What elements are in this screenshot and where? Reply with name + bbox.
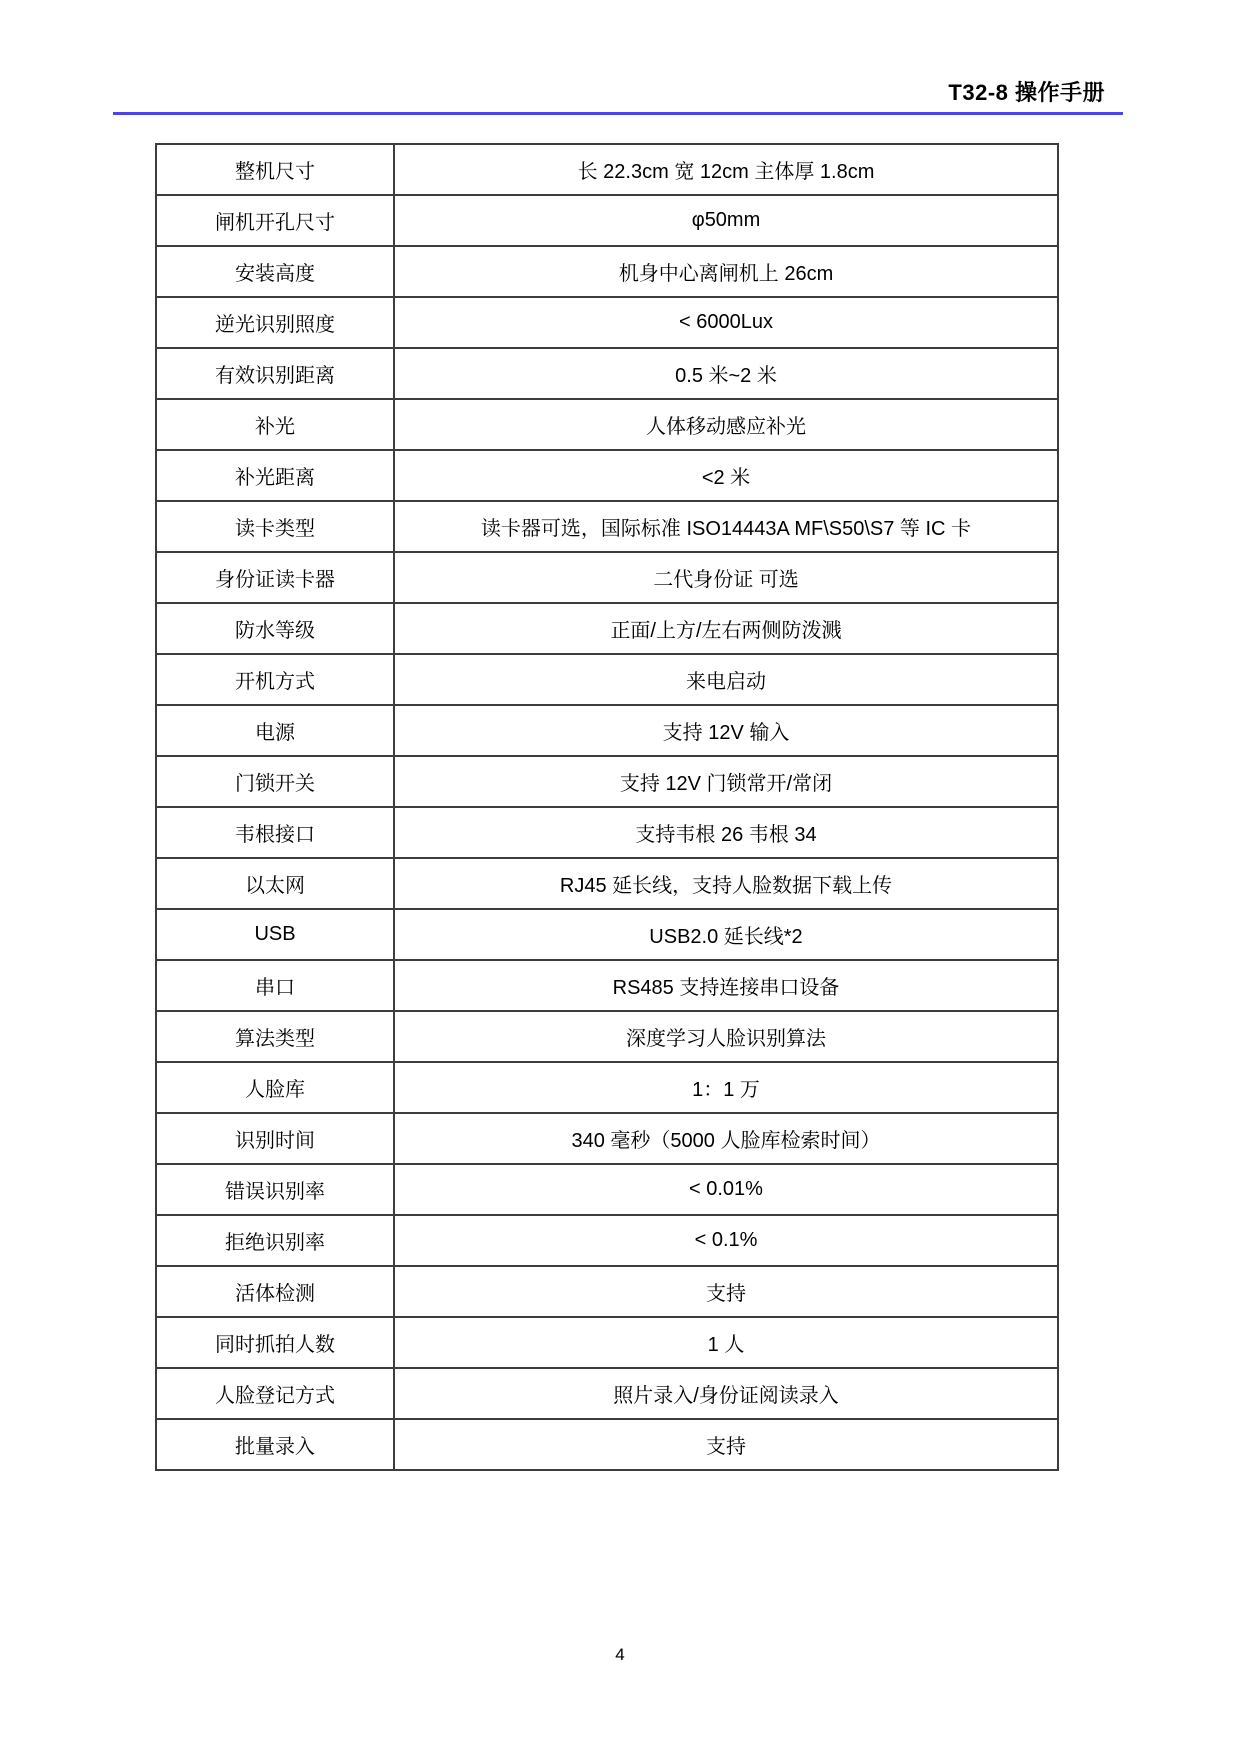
- table-row: 批量录入支持: [156, 1419, 1058, 1470]
- spec-label: 错误识别率: [156, 1164, 394, 1215]
- table-row: 同时抓拍人数1 人: [156, 1317, 1058, 1368]
- spec-label: 读卡类型: [156, 501, 394, 552]
- table-row: 整机尺寸长 22.3cm 宽 12cm 主体厚 1.8cm: [156, 144, 1058, 195]
- spec-label: 电源: [156, 705, 394, 756]
- table-row: 电源支持 12V 输入: [156, 705, 1058, 756]
- spec-label: 逆光识别照度: [156, 297, 394, 348]
- page-header-title: T32-8 操作手册: [948, 76, 1105, 107]
- table-row: 补光距离<2 米: [156, 450, 1058, 501]
- spec-value: 照片录入/身份证阅读录入: [394, 1368, 1058, 1419]
- table-row: 算法类型深度学习人脸识别算法: [156, 1011, 1058, 1062]
- spec-value: 二代身份证 可选: [394, 552, 1058, 603]
- table-row: 身份证读卡器二代身份证 可选: [156, 552, 1058, 603]
- spec-value: 长 22.3cm 宽 12cm 主体厚 1.8cm: [394, 144, 1058, 195]
- table-row: 开机方式来电启动: [156, 654, 1058, 705]
- spec-label: 算法类型: [156, 1011, 394, 1062]
- spec-label: 开机方式: [156, 654, 394, 705]
- table-row: 防水等级正面/上方/左右两侧防泼溅: [156, 603, 1058, 654]
- spec-value: 340 毫秒（5000 人脸库检索时间）: [394, 1113, 1058, 1164]
- spec-label: 防水等级: [156, 603, 394, 654]
- spec-value: < 0.1%: [394, 1215, 1058, 1266]
- spec-value: < 6000Lux: [394, 297, 1058, 348]
- spec-label: 识别时间: [156, 1113, 394, 1164]
- spec-value: 支持: [394, 1419, 1058, 1470]
- table-row: 错误识别率< 0.01%: [156, 1164, 1058, 1215]
- table-row: 活体检测支持: [156, 1266, 1058, 1317]
- table-row: 人脸登记方式照片录入/身份证阅读录入: [156, 1368, 1058, 1419]
- spec-label: 有效识别距离: [156, 348, 394, 399]
- spec-label: 安装高度: [156, 246, 394, 297]
- spec-value: 来电启动: [394, 654, 1058, 705]
- spec-value: RS485 支持连接串口设备: [394, 960, 1058, 1011]
- spec-value: USB2.0 延长线*2: [394, 909, 1058, 960]
- table-row: 闸机开孔尺寸φ50mm: [156, 195, 1058, 246]
- spec-label: 串口: [156, 960, 394, 1011]
- spec-label: 以太网: [156, 858, 394, 909]
- spec-value: 读卡器可选，国际标准 ISO14443A MF\S50\S7 等 IC 卡: [394, 501, 1058, 552]
- spec-value: < 0.01%: [394, 1164, 1058, 1215]
- spec-label: 人脸库: [156, 1062, 394, 1113]
- spec-label: 人脸登记方式: [156, 1368, 394, 1419]
- spec-label: 补光: [156, 399, 394, 450]
- spec-value: 人体移动感应补光: [394, 399, 1058, 450]
- table-row: 串口RS485 支持连接串口设备: [156, 960, 1058, 1011]
- spec-label: 韦根接口: [156, 807, 394, 858]
- table-row: 识别时间340 毫秒（5000 人脸库检索时间）: [156, 1113, 1058, 1164]
- table-row: 有效识别距离0.5 米~2 米: [156, 348, 1058, 399]
- header-rule: [113, 112, 1123, 115]
- spec-value: 1：1 万: [394, 1062, 1058, 1113]
- spec-value: 支持 12V 输入: [394, 705, 1058, 756]
- spec-value: <2 米: [394, 450, 1058, 501]
- spec-label: 活体检测: [156, 1266, 394, 1317]
- spec-value: 支持: [394, 1266, 1058, 1317]
- table-row: 读卡类型读卡器可选，国际标准 ISO14443A MF\S50\S7 等 IC …: [156, 501, 1058, 552]
- spec-label: 身份证读卡器: [156, 552, 394, 603]
- spec-label: 批量录入: [156, 1419, 394, 1470]
- spec-label: 门锁开关: [156, 756, 394, 807]
- table-row: 安装高度机身中心离闸机上 26cm: [156, 246, 1058, 297]
- spec-value: 深度学习人脸识别算法: [394, 1011, 1058, 1062]
- spec-value: RJ45 延长线，支持人脸数据下载上传: [394, 858, 1058, 909]
- table-row: 门锁开关支持 12V 门锁常开/常闭: [156, 756, 1058, 807]
- spec-label: 同时抓拍人数: [156, 1317, 394, 1368]
- table-row: 以太网RJ45 延长线，支持人脸数据下载上传: [156, 858, 1058, 909]
- spec-value: 0.5 米~2 米: [394, 348, 1058, 399]
- spec-label: 整机尺寸: [156, 144, 394, 195]
- table-row: 人脸库1：1 万: [156, 1062, 1058, 1113]
- table-row: 补光人体移动感应补光: [156, 399, 1058, 450]
- page-footer: 4: [0, 1645, 1240, 1665]
- document-page: T32-8 操作手册 整机尺寸长 22.3cm 宽 12cm 主体厚 1.8cm…: [0, 0, 1240, 1754]
- spec-label: USB: [156, 909, 394, 960]
- table-row: 拒绝识别率< 0.1%: [156, 1215, 1058, 1266]
- page-number: 4: [615, 1645, 624, 1664]
- spec-label: 拒绝识别率: [156, 1215, 394, 1266]
- spec-value: 支持韦根 26 韦根 34: [394, 807, 1058, 858]
- table-row: 韦根接口支持韦根 26 韦根 34: [156, 807, 1058, 858]
- spec-label: 补光距离: [156, 450, 394, 501]
- spec-value: 机身中心离闸机上 26cm: [394, 246, 1058, 297]
- spec-value: φ50mm: [394, 195, 1058, 246]
- spec-label: 闸机开孔尺寸: [156, 195, 394, 246]
- spec-value: 正面/上方/左右两侧防泼溅: [394, 603, 1058, 654]
- spec-value: 1 人: [394, 1317, 1058, 1368]
- table-row: 逆光识别照度< 6000Lux: [156, 297, 1058, 348]
- spec-value: 支持 12V 门锁常开/常闭: [394, 756, 1058, 807]
- spec-table-body: 整机尺寸长 22.3cm 宽 12cm 主体厚 1.8cm闸机开孔尺寸φ50mm…: [156, 144, 1058, 1470]
- table-row: USBUSB2.0 延长线*2: [156, 909, 1058, 960]
- spec-table: 整机尺寸长 22.3cm 宽 12cm 主体厚 1.8cm闸机开孔尺寸φ50mm…: [155, 143, 1059, 1471]
